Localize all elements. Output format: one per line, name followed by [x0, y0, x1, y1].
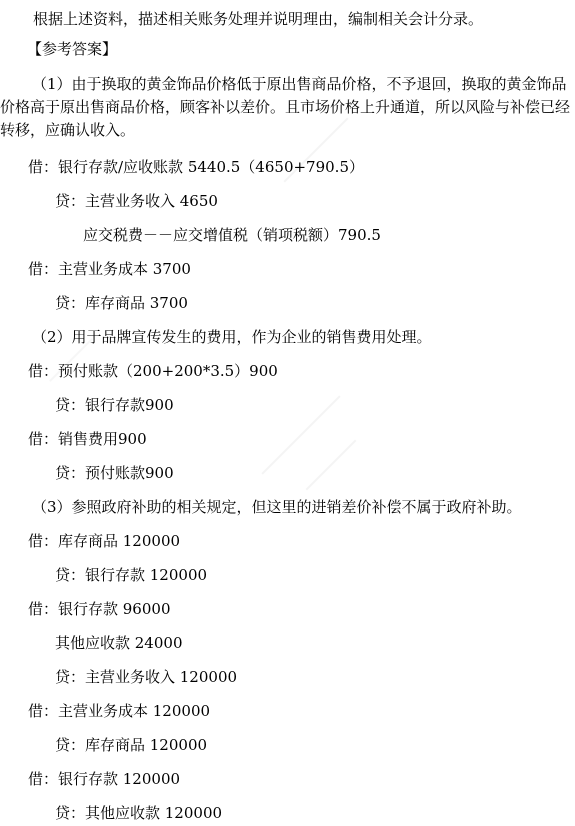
journal-line-credit-sub: 应交税费－－应交增值税（销项税额）790.5: [0, 224, 575, 247]
journal-line-debit-sub: 其他应收款 24000: [0, 632, 575, 655]
journal-line-debit: 借：主营业务成本 120000: [0, 700, 575, 723]
journal-line-debit: 借：银行存款 96000: [0, 598, 575, 621]
section-3-explanation: （3）参照政府补助的相关规定，但这里的进销差价补偿不属于政府补助。: [0, 496, 575, 519]
journal-line-credit: 贷：主营业务收入 120000: [0, 666, 575, 689]
journal-line-debit: 借：库存商品 120000: [0, 530, 575, 553]
journal-line-credit: 贷：银行存款900: [0, 394, 575, 417]
document-page: 根据上述资料，描述相关账务处理并说明理由，编制相关会计分录。 【参考答案】 （1…: [0, 0, 575, 826]
journal-line-debit: 借：预付账款（200+200*3.5）900: [0, 360, 575, 383]
journal-line-credit: 贷：银行存款 120000: [0, 564, 575, 587]
journal-line-debit: 借：销售费用900: [0, 428, 575, 451]
journal-line-debit: 借：银行存款 120000: [0, 768, 575, 791]
journal-line-debit: 借：银行存款/应收账款 5440.5（4650+790.5）: [0, 156, 575, 179]
section-2-explanation: （2）用于品牌宣传发生的费用，作为企业的销售费用处理。: [0, 326, 575, 349]
question-text: 根据上述资料，描述相关账务处理并说明理由，编制相关会计分录。: [0, 8, 575, 31]
journal-line-credit: 贷：库存商品 3700: [0, 292, 575, 315]
journal-line-credit: 贷：库存商品 120000: [0, 734, 575, 757]
journal-line-debit: 借：主营业务成本 3700: [0, 258, 575, 281]
answer-header: 【参考答案】: [0, 38, 575, 61]
journal-line-credit: 贷：主营业务收入 4650: [0, 190, 575, 213]
section-1-explanation: （1）由于换取的黄金饰品价格低于原出售商品价格，不予退回，换取的黄金饰品价格高于…: [0, 73, 575, 142]
journal-line-credit: 贷：预付账款900: [0, 462, 575, 485]
journal-line-credit: 贷：其他应收款 120000: [0, 802, 575, 825]
